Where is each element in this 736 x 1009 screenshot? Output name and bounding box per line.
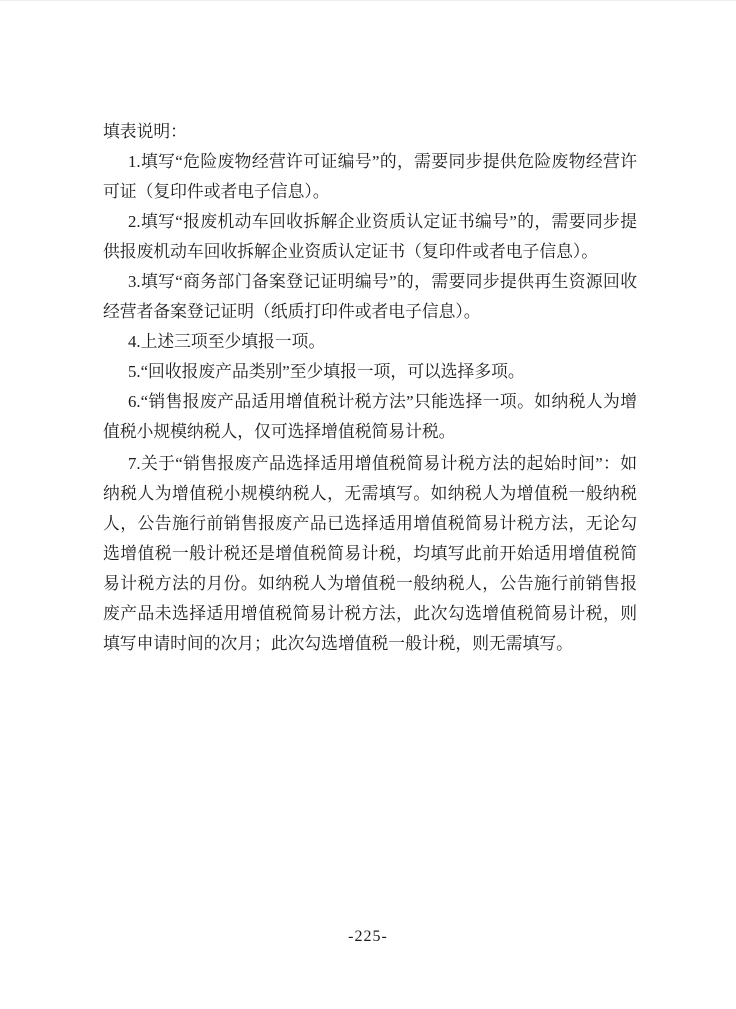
form-instructions-section: 填表说明： 1.填写“危险废物经营许可证编号”的，需要同步提供危险废物经营许可证… <box>103 117 637 659</box>
paragraph: 2.填写“报废机动车回收拆解企业资质认定证书编号”的，需要同步提供报废机动车回收… <box>103 207 637 267</box>
paragraph: 6.“销售报废产品适用增值税计税方法”只能选择一项。如纳税人为增值税小规模纳税人… <box>103 387 637 447</box>
paragraph: 5.“回收报废产品类别”至少填报一项，可以选择多项。 <box>103 357 637 387</box>
page-number: -225- <box>0 928 736 946</box>
page-top-edge <box>0 0 736 1</box>
paragraph: 3.填写“商务部门备案登记证明编号”的，需要同步提供再生资源回收经营者备案登记证… <box>103 267 637 327</box>
instruction-paragraphs: 1.填写“危险废物经营许可证编号”的，需要同步提供危险废物经营许可证（复印件或者… <box>103 147 637 659</box>
paragraph: 4.上述三项至少填报一项。 <box>103 327 637 357</box>
page-title: 填表说明： <box>103 117 637 147</box>
paragraph: 1.填写“危险废物经营许可证编号”的，需要同步提供危险废物经营许可证（复印件或者… <box>103 147 637 207</box>
paragraph: 7.关于“销售报废产品选择适用增值税简易计税方法的起始时间”：如纳税人为增值税小… <box>103 449 637 659</box>
